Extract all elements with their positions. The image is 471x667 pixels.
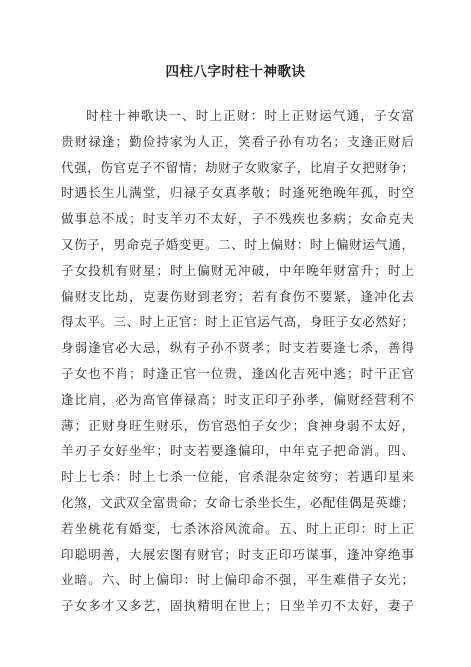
body-line: 又伤子，男命克子婚变更。二、时上偏财：时上偏财运气通， xyxy=(61,233,414,259)
body-line: 子女多才又多艺，固执精明在世上；日坐羊刃不太好，妻子 xyxy=(61,594,414,620)
body-line: 做事总不成；时支羊刃不太好，子不残疾也多病；女命克夫 xyxy=(61,207,414,233)
body-line: 偏财支比劫，克妻伤财到老穷；若有食伤不要紧，逢冲化去 xyxy=(61,285,414,311)
body-line: 时上七杀：时上七杀一位能，官杀混杂定贫穷；若遇印星来 xyxy=(61,465,414,491)
body-line: 得太平。三、时上正官：时上正官运气高，身旺子女必然好； xyxy=(61,310,414,336)
body-line: 代强，伤官克子不留情；劫财子女败家子，比肩子女把财争； xyxy=(61,156,414,182)
body-line: 贵财禄逢；勤俭持家为人正，笑看子孙有功名；支逢正财后 xyxy=(61,130,414,156)
document-body: 时柱十神歌诀一、时上正财：时上正财运气通，子女富贵财禄逢；勤俭持家为人正，笑看子… xyxy=(61,104,414,620)
body-line: 身弱逢官必大忌，纵有子孙不贤孝；时支若要逢七杀，善得 xyxy=(61,336,414,362)
document-page: 四柱八字时柱十神歌诀 时柱十神歌诀一、时上正财：时上正财运气通，子女富贵财禄逢；… xyxy=(0,0,471,667)
body-line: 若坐桃花有婚变，七杀沐浴风流命。五、时上正印：时上正 xyxy=(61,517,414,543)
document-title: 四柱八字时柱十神歌诀 xyxy=(0,60,471,80)
body-line: 时柱十神歌诀一、时上正财：时上正财运气通，子女富 xyxy=(61,104,414,130)
body-line: 逢比肩，必为高官俸禄高；时支正印子孙孝，偏财经营利不 xyxy=(61,388,414,414)
body-line: 印聪明善，大展宏图有财官；时支正印巧谋事，逢冲穿绝事 xyxy=(61,543,414,569)
body-line: 子女投机有财星；时上偏财无冲破，中年晚年财富升；时上 xyxy=(61,259,414,285)
body-line: 薄；正财身旺生财乐，伤官恐怕子女少；食神身弱不太好， xyxy=(61,414,414,440)
body-line: 业暗。六、时上偏印：时上偏印命不强，平生难借子女光； xyxy=(61,568,414,594)
body-line: 子女也不肖；时逢正官一位贵，逢凶化吉死中逃；时干正官 xyxy=(61,362,414,388)
body-line: 化煞，文武双全富贵命；女命七杀坐长生，必配佳偶是英雄； xyxy=(61,491,414,517)
body-line: 时遇长生儿满堂，归禄子女真孝敬；时逢死绝晚年孤，时空 xyxy=(61,181,414,207)
body-line: 羊刃子女好坐牢；时支若要逢偏印，中年克子把命消。四、 xyxy=(61,439,414,465)
